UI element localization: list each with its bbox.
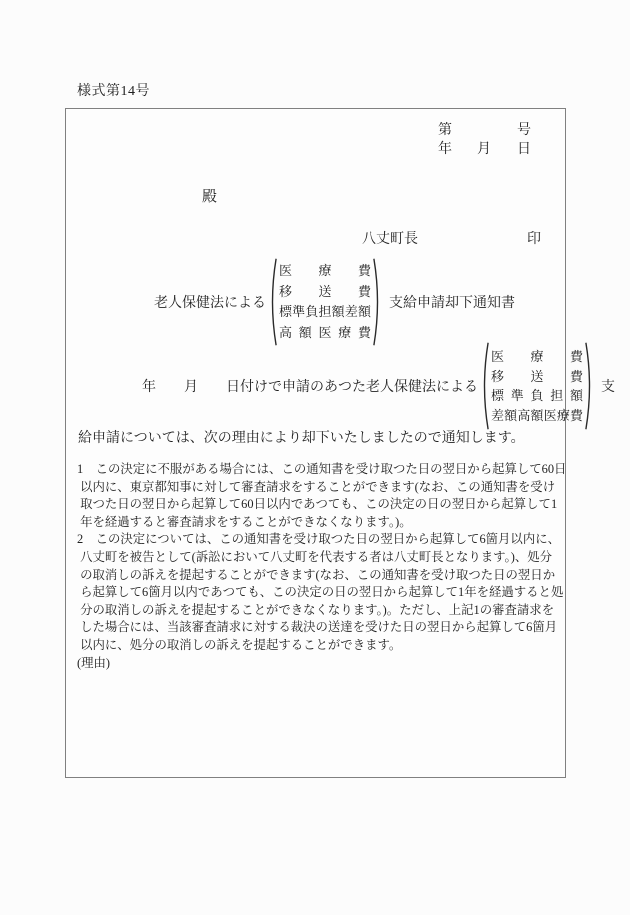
legal-notes: 1 この決定に不服がある場合には、この通知書を受け取つた日の翌日から起算して60…	[77, 461, 577, 672]
reason-label: (理由)	[77, 655, 577, 673]
note-item-1: 1 この決定に不服がある場合には、この通知書を受け取つた日の翌日から起算して60…	[77, 461, 577, 531]
doc-number-suffix: 号	[517, 119, 531, 139]
doc-number-prefix: 第	[438, 119, 452, 139]
document-page: 様式第14号 第 号 年 月 日 殿 八丈町長 印 老人保健法による 医療費 移…	[0, 0, 630, 915]
right-paren-icon	[373, 257, 382, 347]
form-number-label: 様式第14号	[77, 80, 150, 100]
left-paren-icon	[268, 257, 277, 347]
title-prefix: 老人保健法による	[154, 292, 266, 312]
expense-item: 標準負担額差額	[279, 302, 371, 323]
date-month-label: 月	[477, 138, 491, 158]
document-frame: 第 号 年 月 日 殿 八丈町長 印 老人保健法による 医療費 移送費 標準負担…	[65, 108, 566, 778]
title-suffix: 支給申請却下通知書	[389, 292, 515, 312]
expense-item: 標準負担額	[491, 386, 583, 406]
date-day-label: 日	[517, 138, 531, 158]
intro-date-line: 年 月 日付けで申請のあつた老人保健法による	[142, 376, 478, 396]
addressee-honorific: 殿	[202, 185, 217, 206]
expense-item: 差額高額医療費	[491, 406, 583, 426]
right-paren-icon	[585, 341, 594, 431]
intro-date-row: 年 月 日付けで申請のあつた老人保健法による 医療費 移送費 標準負担額 差額高…	[142, 345, 615, 427]
issuer-name: 八丈町長	[362, 228, 418, 248]
left-paren-icon	[480, 341, 489, 431]
expense-item: 移送費	[279, 282, 371, 303]
title-expense-bracket: 医療費 移送費 標準負担額差額 高額医療費	[268, 257, 382, 347]
expense-item: 医療費	[279, 261, 371, 282]
expense-item: 移送費	[491, 367, 583, 387]
intro-hanging-char: 支	[601, 376, 615, 396]
expense-item: 高額医療費	[279, 323, 371, 344]
note-item-2: 2 この決定については、この通知書を受け取つた日の翌日から起算して6箇月以内に、…	[77, 531, 577, 654]
seal-mark: 印	[527, 228, 541, 248]
expense-item: 医療費	[491, 347, 583, 367]
intro-continuation: 給申請については、次の理由により却下いたしましたので通知します。	[78, 427, 525, 447]
document-title-row: 老人保健法による 医療費 移送費 標準負担額差額 高額医療費 支給申請却下通知書	[154, 259, 515, 345]
intro-expense-bracket: 医療費 移送費 標準負担額 差額高額医療費	[480, 341, 594, 431]
date-year-label: 年	[438, 138, 452, 158]
